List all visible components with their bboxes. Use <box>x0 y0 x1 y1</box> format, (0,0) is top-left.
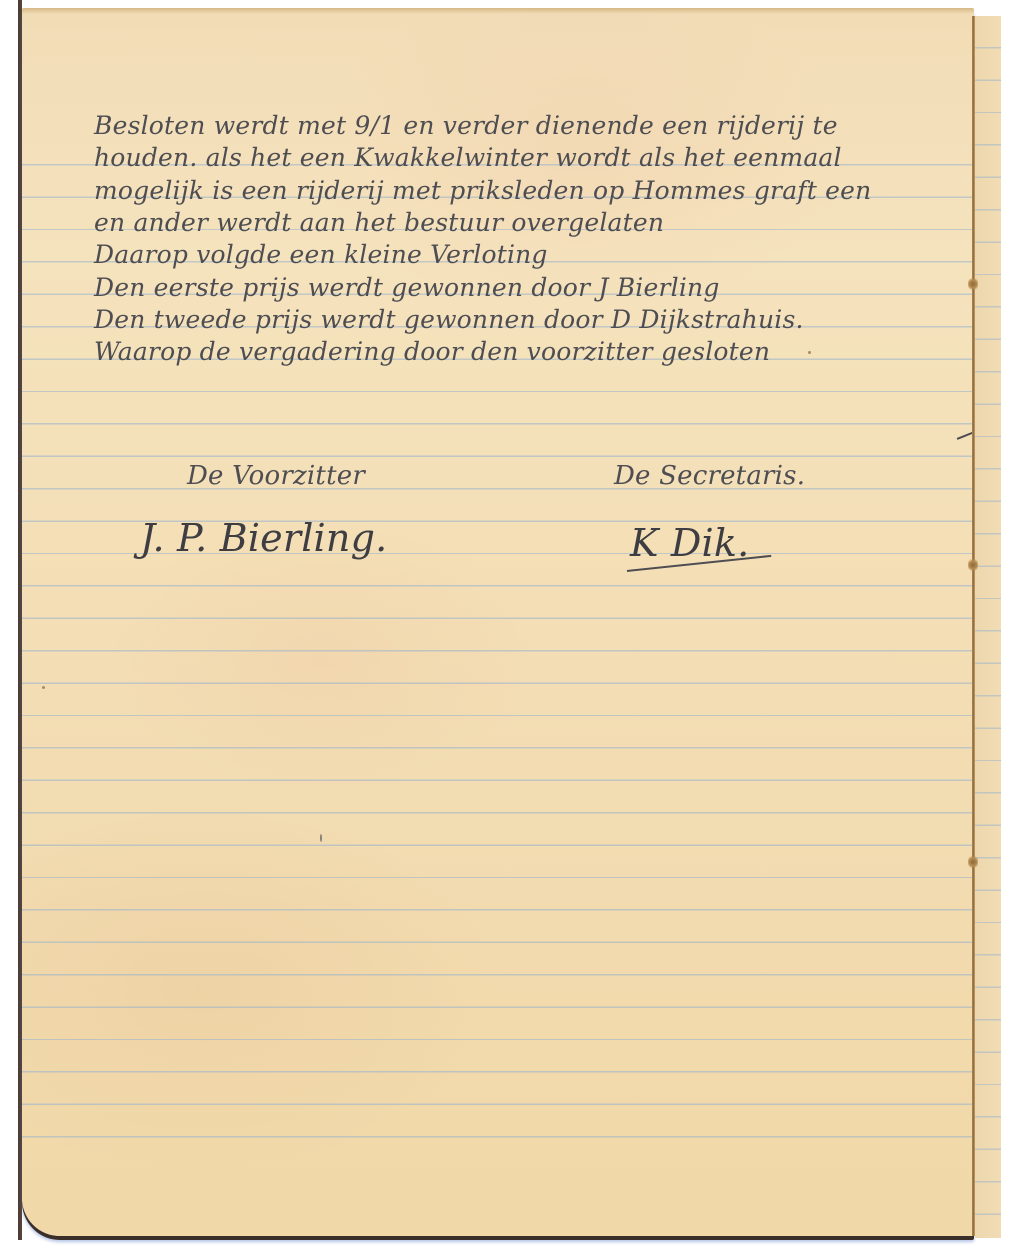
page-top-edge <box>22 8 974 14</box>
facing-page-edge <box>975 16 1001 1238</box>
paper-speck <box>42 686 45 689</box>
minutes-line: Besloten werdt met 9/1 en verder dienend… <box>94 111 838 140</box>
minutes-line: en ander werdt aan het bestuur overgelat… <box>94 208 664 237</box>
secretary-title: De Secretaris. <box>614 461 805 491</box>
ink-mark <box>320 834 322 842</box>
binding-stitch <box>968 558 978 572</box>
minutes-line: Den tweede prijs werdt gewonnen door D D… <box>94 305 804 334</box>
binding-stitch <box>968 855 978 869</box>
minutes-line: mogelijk is een rijderij met priksleden … <box>94 176 871 205</box>
chair-title: De Voorzitter <box>187 461 365 491</box>
minutes-line: Den eerste prijs werdt gewonnen door J B… <box>94 273 720 302</box>
scan-left-edge <box>0 0 22 1240</box>
scanned-notebook-page: Besloten werdt met 9/1 en verder dienend… <box>0 0 1009 1254</box>
minutes-line: Daarop volgde een kleine Verloting <box>94 240 548 269</box>
binding-stitch <box>968 277 978 291</box>
chair-signature: J. P. Bierling. <box>140 516 387 560</box>
minutes-line: houden. als het een Kwakkelwinter wordt … <box>94 143 842 172</box>
minutes-line: Waarop de vergadering door den voorzitte… <box>94 337 770 366</box>
notebook-page: Besloten werdt met 9/1 en verder dienend… <box>22 8 974 1236</box>
paper-speck <box>808 351 811 354</box>
